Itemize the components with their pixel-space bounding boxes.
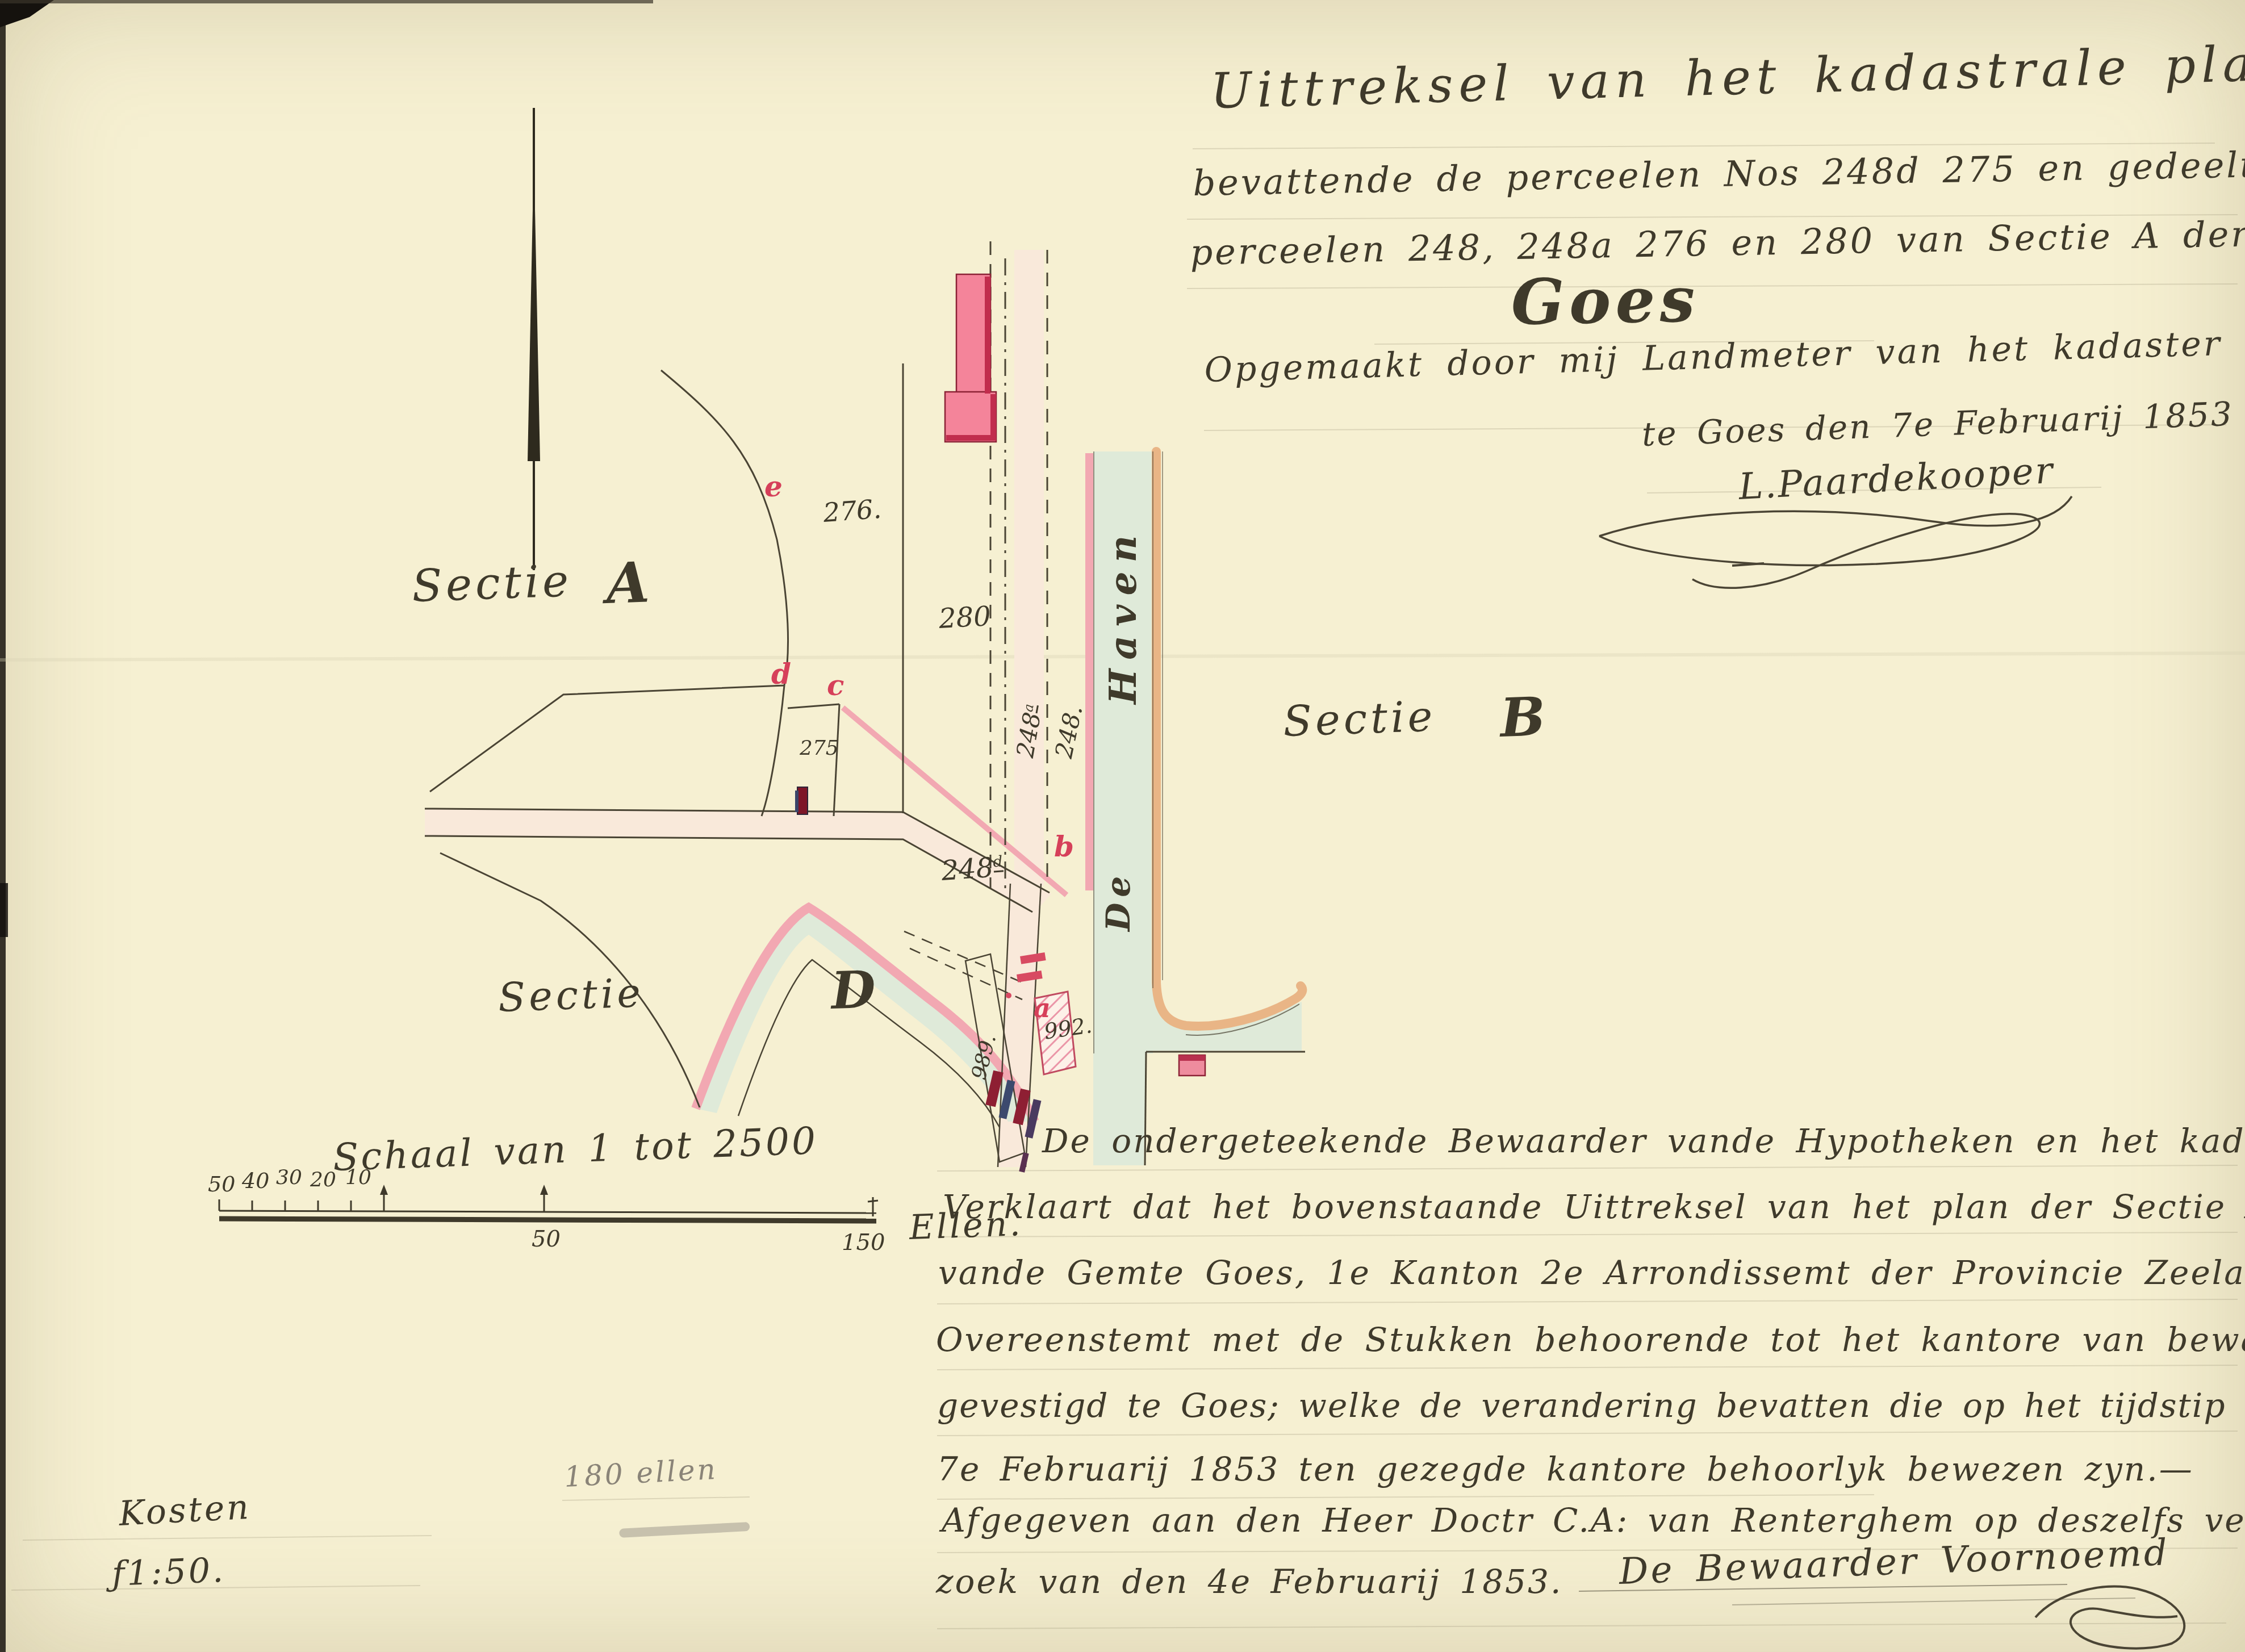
scale-end-label: 150 (842, 1231, 885, 1254)
cadastral-document-sheet: Uittreksel van het kadastrale plan bevat… (0, 0, 2245, 1652)
certification-line-5: gevestigd te Goes; welke de verandering … (937, 1389, 2245, 1422)
scale-mid-label: 50 (532, 1228, 561, 1250)
pencil-note-180-ellen: 180 ellen (563, 1455, 718, 1491)
red-letter-e: e (764, 472, 783, 501)
header-title-line1: Uittreksel van het kadastrale plan (1210, 39, 2245, 116)
header-line5: te Goes den 7e Februarij 1853 (1641, 398, 2234, 451)
certification-line-7: Afgegeven aan den Heer Doctr C.A: van Re… (942, 1504, 2245, 1537)
scale-tail-30: 30 (276, 1168, 302, 1188)
red-letter-a: a (1034, 995, 1051, 1021)
costs-label: Kosten (118, 1490, 252, 1531)
red-letter-c: c (827, 671, 844, 700)
certification-line-6: 7e Februarij 1853 ten gezegde kantore be… (937, 1453, 2194, 1486)
parcel-label-275: 275 (800, 738, 839, 759)
text-layer: Uittreksel van het kadastrale plan bevat… (0, 0, 2245, 1652)
section-label-d-word: Sectie (498, 973, 645, 1018)
section-label-b-letter: B (1499, 690, 1546, 745)
red-letter-b: b (1054, 833, 1074, 861)
section-label-d-letter: D (830, 964, 876, 1017)
scale-title: Schaal van 1 tot 2500 (332, 1122, 818, 1177)
de-label: De (1102, 871, 1135, 931)
parcel-label-280: 280 (938, 603, 992, 633)
certification-closing: De Bewaarder Voornoemd (1619, 1534, 2170, 1590)
haven-label: Haven (1104, 526, 1142, 704)
scale-tail-20: 20 (310, 1170, 336, 1190)
parcel-label-248a: 248a (1013, 702, 1046, 759)
parcel-248d-base: 248 (940, 852, 994, 887)
scale-tail-50: 50 (208, 1173, 235, 1195)
certification-line-3: vande Gemte Goes, 1e Kanton 2e Arrondiss… (938, 1256, 2245, 1289)
certification-line-4: Overeenstemt met de Stukken behoorende t… (936, 1323, 2245, 1356)
parcel-label-248: 248. (1052, 704, 1086, 760)
scale-tail-40: 40 (242, 1170, 269, 1191)
scale-tail-10: 10 (345, 1168, 371, 1188)
parcel-label-989: 989. (969, 1032, 1000, 1081)
certification-line-1: De ondergeteekende Bewaarder vande Hypot… (1042, 1124, 2245, 1157)
red-letter-d: d (771, 660, 791, 688)
parcel-label-276: 276. (822, 496, 882, 526)
header-title-line2: bevattende de perceelen Nos 248d 275 en … (1193, 145, 2245, 201)
parcel-248d-sup: d (992, 852, 1003, 872)
certification-line-2: Verklaart dat het bovenstaande Uittrekse… (943, 1190, 2245, 1223)
surveyor-signature: L.Paardekooper (1738, 453, 2055, 505)
certification-line-8: zoek van den 4e Februarij 1853. (936, 1565, 1562, 1598)
header-title-line3: perceelen 248, 248a 276 en 280 van Secti… (1190, 214, 2245, 270)
section-label-b-word: Sectie (1282, 696, 1437, 743)
header-line4: Opgemaakt door mij Landmeter van het kad… (1204, 327, 2222, 387)
parcel-248a-base: 248 (1011, 710, 1046, 759)
place-title-goes: Goes (1511, 268, 1700, 334)
section-label-a-word: Sectie (411, 559, 572, 609)
parcel-label-248d: 248d (940, 853, 1004, 884)
section-label-a-letter: A (605, 555, 650, 612)
costs-amount: ƒ1:50. (111, 1553, 226, 1591)
